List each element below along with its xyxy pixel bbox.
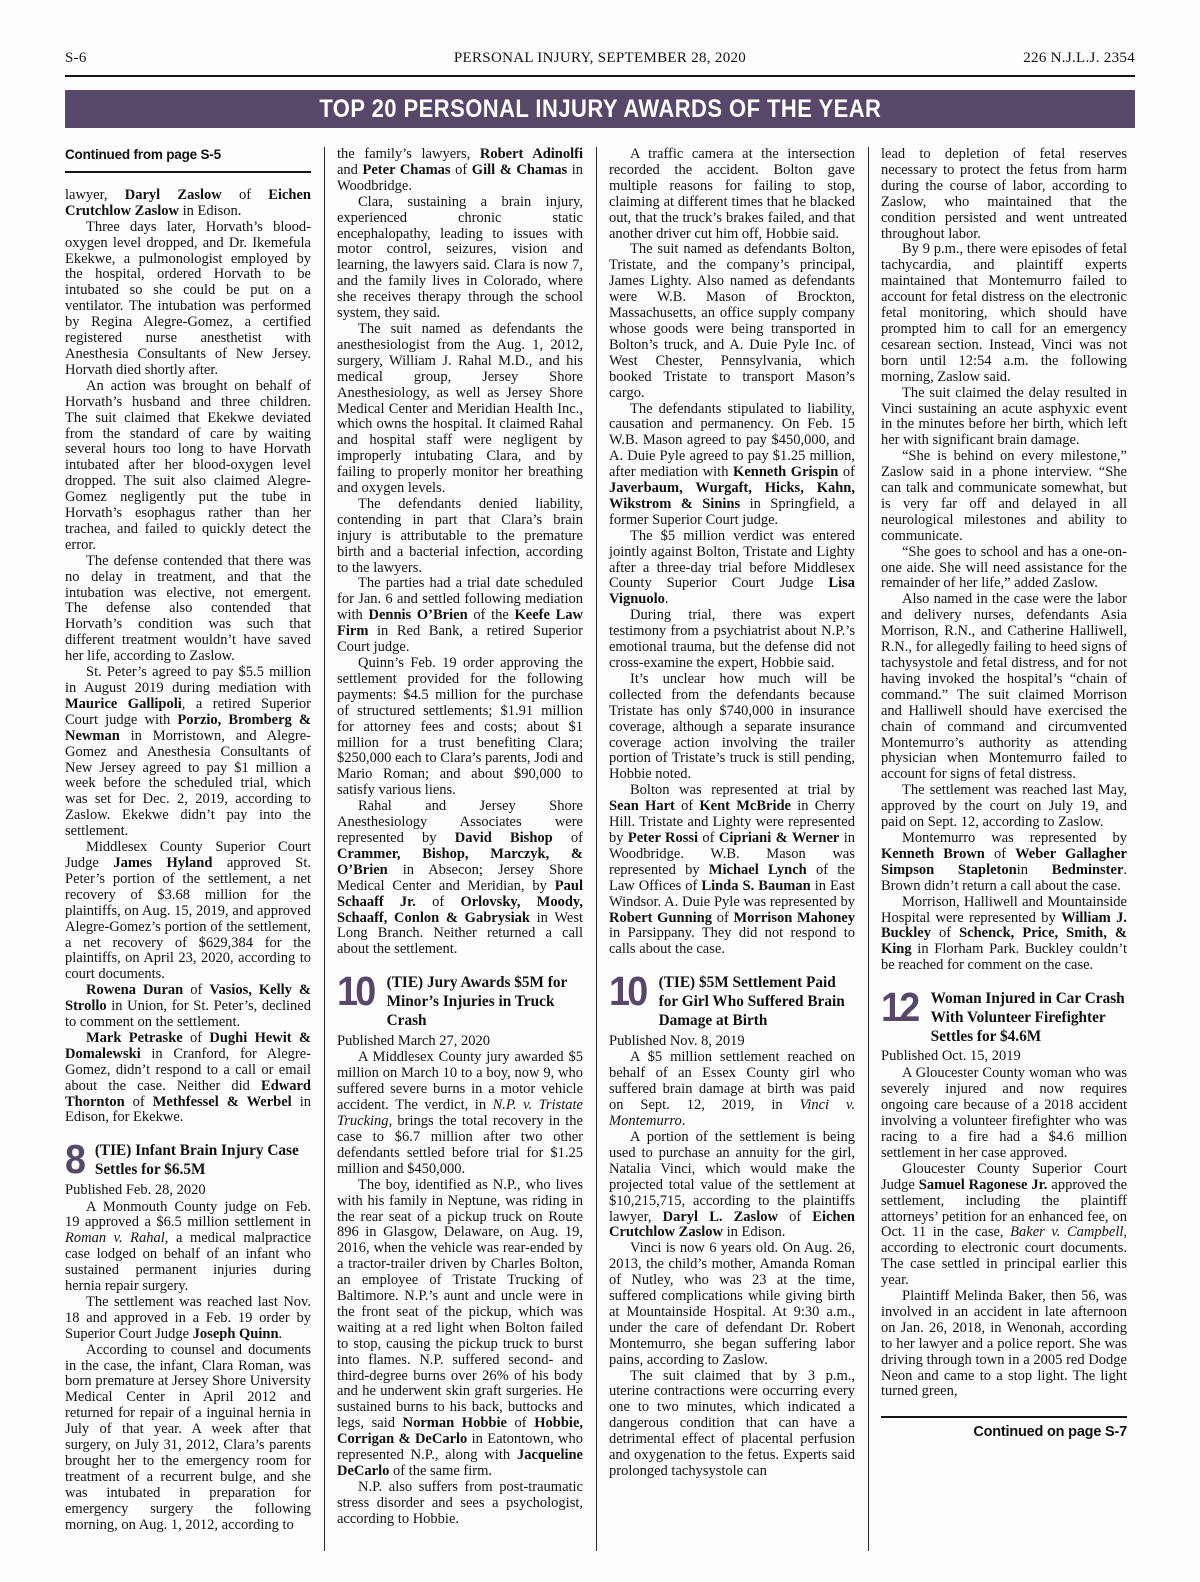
article-paragraph: During trial, there was expert testimony… (609, 608, 855, 672)
article-paragraph: Mark Petraske of Dughi Hewit & Domalewsk… (65, 1031, 311, 1126)
newspaper-page: S-6 PERSONAL INJURY, SEPTEMBER 28, 2020 … (0, 0, 1200, 1582)
article-paragraph: The settlement was reached last Nov. 18 … (65, 1295, 311, 1343)
article-paragraph: “She is behind on every milestone,” Zasl… (881, 449, 1127, 544)
section-banner: TOP 20 PERSONAL INJURY AWARDS OF THE YEA… (65, 90, 1135, 128)
article-paragraph: The suit claimed that by 3 p.m., uterine… (609, 1369, 855, 1480)
column-2: the family’s lawyers, Robert Adinolfi an… (337, 147, 583, 1551)
column-4: lead to depletion of fetal reserves nece… (881, 147, 1127, 1551)
article-paragraph: It’s unclear how much will be collected … (609, 672, 855, 783)
published-date: Published Nov. 8, 2019 (609, 1034, 855, 1050)
article-paragraph: lawyer, Daryl Zaslow of Eichen Crutchlow… (65, 188, 311, 220)
article-paragraph: According to counsel and documents in th… (65, 1343, 311, 1534)
article-paragraph: The defendants denied liability, contend… (337, 497, 583, 577)
article-paragraph: Quinn’s Feb. 19 order approving the sett… (337, 656, 583, 799)
continued-on-label: Continued on page S-7 (881, 1416, 1127, 1441)
article-paragraph: A traffic camera at the intersection rec… (609, 147, 855, 242)
article-paragraph: A $5 million settlement reached on behal… (609, 1050, 855, 1130)
article-paragraph: Plaintiff Melinda Baker, then 56, was in… (881, 1289, 1127, 1400)
article-paragraph: Rahal and Jersey Shore Anesthesiology As… (337, 799, 583, 958)
award-item-heading: 8(TIE) Infant Brain Injury Case Settles … (65, 1141, 311, 1179)
article-paragraph: Middlesex County Superior Court Judge Ja… (65, 840, 311, 983)
article-paragraph: The suit named as defendants the anesthe… (337, 322, 583, 497)
published-date: Published March 27, 2020 (337, 1034, 583, 1050)
article-paragraph: Vinci is now 6 years old. On Aug. 26, 20… (609, 1241, 855, 1368)
masthead-title: PERSONAL INJURY, SEPTEMBER 28, 2020 (0, 50, 1200, 67)
published-date: Published Oct. 15, 2019 (881, 1049, 1127, 1065)
article-paragraph: Three days later, Horvath’s blood-oxygen… (65, 220, 311, 379)
article-paragraph: Rowena Duran of Vasios, Kelly & Strollo … (65, 983, 311, 1031)
article-paragraph: A portion of the settlement is being use… (609, 1130, 855, 1241)
award-item-number: 8 (65, 1141, 83, 1177)
award-item-number: 10 (609, 973, 645, 1009)
article-paragraph: Clara, sustaining a brain injury, experi… (337, 195, 583, 322)
article-paragraph: Montemurro was represented by Kenneth Br… (881, 831, 1127, 895)
article-paragraph: N.P. also suffers from post-traumatic st… (337, 1480, 583, 1528)
article-paragraph: The defense contended that there was no … (65, 554, 311, 665)
continued-from-label: Continued from page S-5 (65, 147, 311, 173)
article-paragraph: Also named in the case were the labor an… (881, 592, 1127, 783)
published-date: Published Feb. 28, 2020 (65, 1183, 311, 1199)
column-divider (324, 147, 325, 1551)
article-paragraph: “She goes to school and has a one-on-one… (881, 545, 1127, 593)
article-paragraph: A Middlesex County jury awarded $5 milli… (337, 1050, 583, 1177)
column-1: Continued from page S-5lawyer, Daryl Zas… (65, 147, 311, 1551)
column-3: A traffic camera at the intersection rec… (609, 147, 855, 1551)
article-paragraph: The suit named as defendants Bolton, Tri… (609, 242, 855, 401)
article-paragraph: The defendants stipulated to liability, … (609, 402, 855, 529)
article-paragraph: The $5 million verdict was entered joint… (609, 529, 855, 609)
award-item-heading: 12Woman Injured in Car Crash With Volunt… (881, 989, 1127, 1046)
masthead: S-6 PERSONAL INJURY, SEPTEMBER 28, 2020 … (65, 0, 1135, 77)
award-item-title: (TIE) Infant Brain Injury Case Settles f… (95, 1141, 311, 1179)
article-paragraph: The settlement was reached last May, app… (881, 783, 1127, 831)
article-paragraph: The suit claimed the delay resulted in V… (881, 386, 1127, 450)
article-body: Continued from page S-5lawyer, Daryl Zas… (65, 147, 1135, 1551)
award-item-title: (TIE) Jury Awards $5M for Minor’s Injuri… (387, 973, 583, 1030)
section-banner-title: TOP 20 PERSONAL INJURY AWARDS OF THE YEA… (319, 95, 881, 124)
article-paragraph: By 9 p.m., there were episodes of fetal … (881, 242, 1127, 385)
article-paragraph: A Monmouth County judge on Feb. 19 appro… (65, 1200, 311, 1295)
award-item-number: 12 (881, 989, 917, 1025)
article-paragraph: Gloucester County Superior Court Judge S… (881, 1162, 1127, 1289)
award-item-number: 10 (337, 973, 373, 1009)
article-paragraph: The boy, identified as N.P., who lives w… (337, 1178, 583, 1480)
award-item-heading: 10(TIE) Jury Awards $5M for Minor’s Inju… (337, 973, 583, 1030)
article-paragraph: The parties had a trial date scheduled f… (337, 576, 583, 656)
article-paragraph: An action was brought on behalf of Horva… (65, 379, 311, 554)
award-item-heading: 10(TIE) $5M Settlement Paid for Girl Who… (609, 973, 855, 1030)
article-paragraph: Morrison, Halliwell and Mountainside Hos… (881, 895, 1127, 975)
article-paragraph: A Gloucester County woman who was severe… (881, 1066, 1127, 1161)
article-paragraph: St. Peter’s agreed to pay $5.5 million i… (65, 665, 311, 840)
article-paragraph: the family’s lawyers, Robert Adinolfi an… (337, 147, 583, 195)
award-item-title: (TIE) $5M Settlement Paid for Girl Who S… (659, 973, 855, 1030)
award-item-title: Woman Injured in Car Crash With Voluntee… (931, 989, 1127, 1046)
column-divider (596, 147, 597, 1551)
article-paragraph: lead to depletion of fetal reserves nece… (881, 147, 1127, 242)
article-paragraph: Bolton was represented at trial by Sean … (609, 783, 855, 958)
column-divider (868, 147, 869, 1551)
